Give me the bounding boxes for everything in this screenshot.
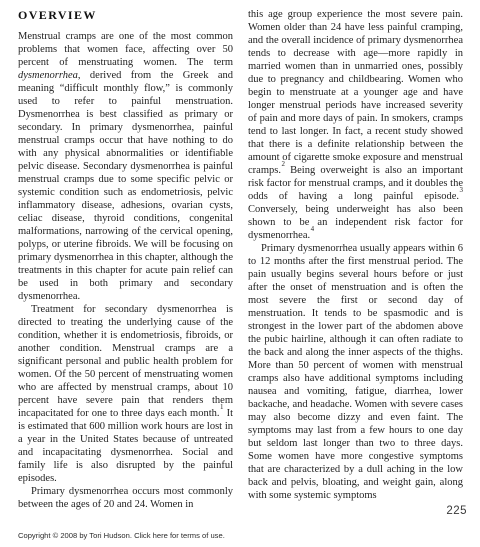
- text-run: It is estimated that 600 million work ho…: [18, 408, 233, 484]
- paragraph: Menstrual cramps are one of the most com…: [18, 30, 233, 303]
- section-heading: OVERVIEW: [18, 8, 233, 23]
- text-run: this age group experience the most sever…: [248, 9, 463, 176]
- paragraph: Primary dysmenorrhea occurs most commonl…: [18, 485, 233, 511]
- text-run: , derived from the Greek and meaning “di…: [18, 70, 233, 302]
- footnote-ref: 3: [460, 186, 464, 194]
- text-run: Conversely, being underweight has also b…: [248, 204, 463, 241]
- text-run: Menstrual cramps are one of the most com…: [18, 31, 233, 68]
- left-column: OVERVIEW Menstrual cramps are one of the…: [18, 8, 233, 511]
- footnote-ref: 1: [220, 403, 224, 411]
- page-number: 225: [446, 505, 467, 517]
- paragraph: Primary dysmenorrhea usually appears wit…: [248, 242, 463, 502]
- left-column-text: Menstrual cramps are one of the most com…: [18, 30, 233, 511]
- footnote-ref: 4: [311, 225, 315, 233]
- page-content: OVERVIEW Menstrual cramps are one of the…: [18, 8, 463, 511]
- copyright-footer: Copyright © 2008 by Tori Hudson. Click h…: [18, 531, 225, 540]
- italic-term: dysmenorrhea: [18, 70, 78, 81]
- right-column-text: this age group experience the most sever…: [248, 8, 463, 502]
- terms-of-use-link[interactable]: Click here for terms of use.: [134, 531, 225, 540]
- copyright-text: Copyright © 2008 by Tori Hudson.: [18, 531, 132, 540]
- text-run: Primary dysmenorrhea usually appears wit…: [248, 243, 463, 501]
- paragraph: this age group experience the most sever…: [248, 8, 463, 242]
- footnote-ref: 2: [281, 160, 285, 168]
- paragraph: Treatment for secondary dysmenorrhea is …: [18, 303, 233, 485]
- text-run: Primary dysmenorrhea occurs most commonl…: [18, 486, 233, 510]
- right-column: this age group experience the most sever…: [248, 8, 463, 511]
- book-page: OVERVIEW Menstrual cramps are one of the…: [0, 0, 480, 547]
- text-run: Treatment for secondary dysmenorrhea is …: [18, 304, 233, 419]
